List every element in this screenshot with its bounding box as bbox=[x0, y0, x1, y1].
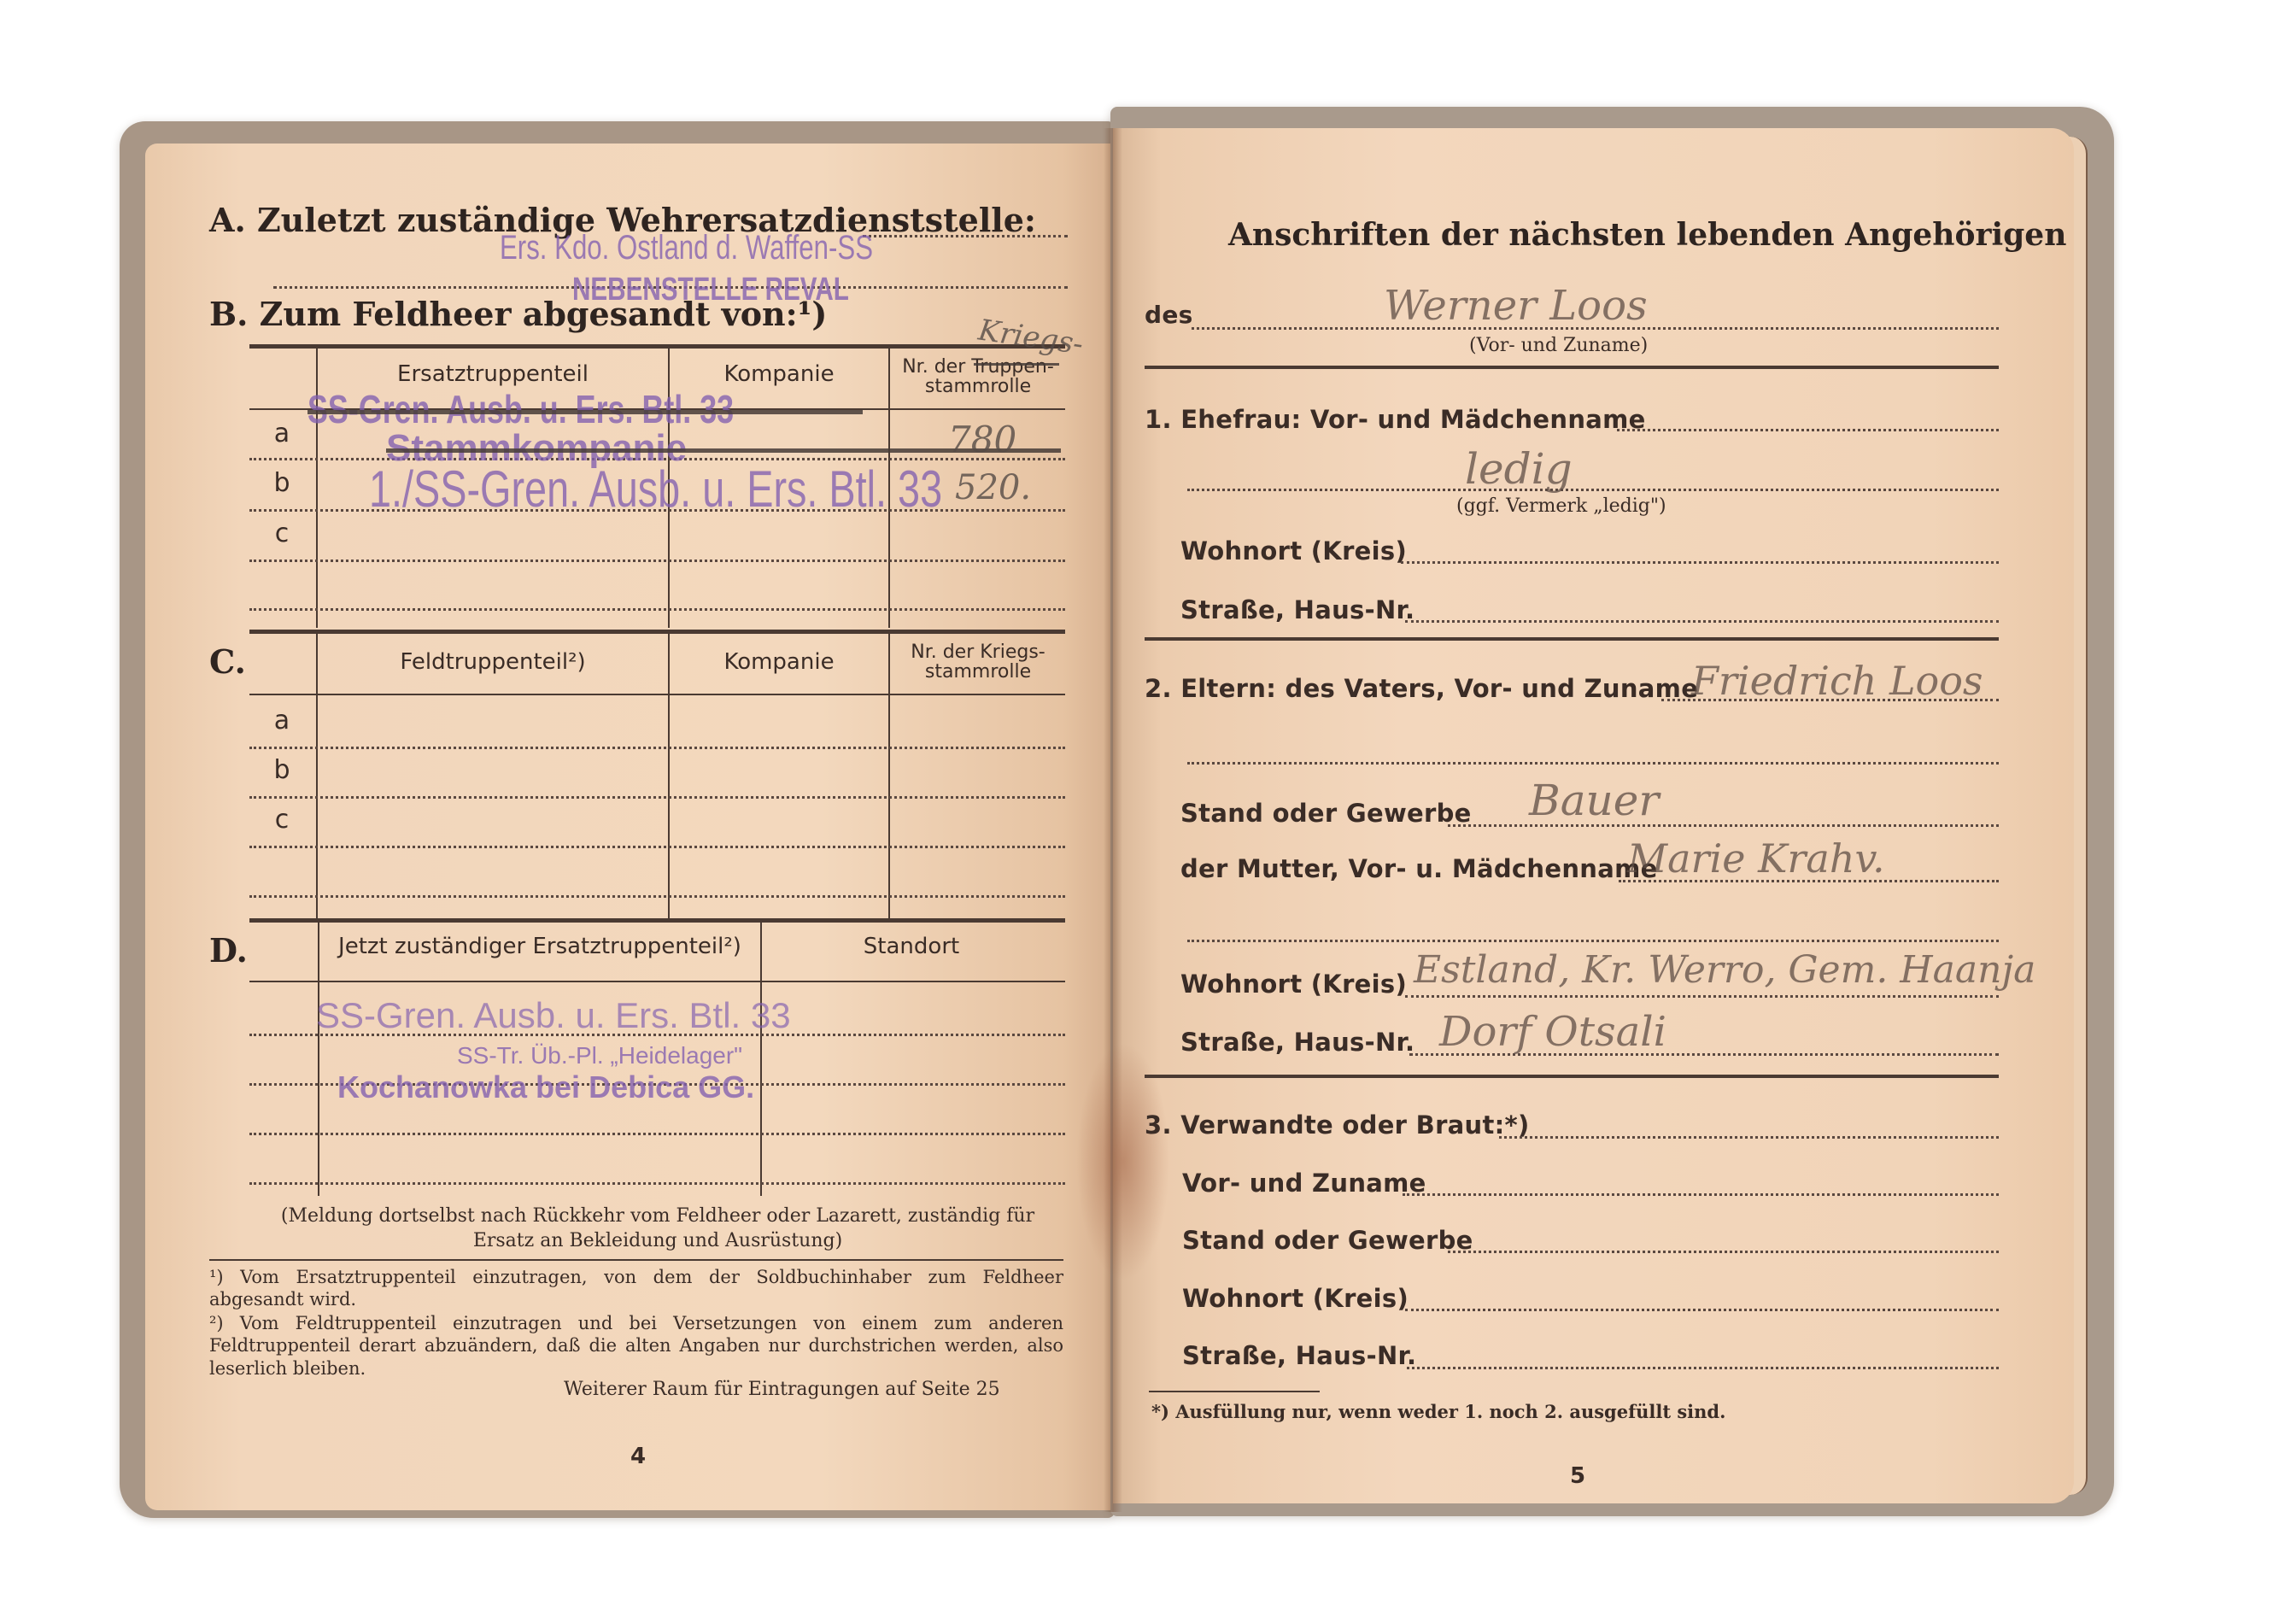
section-2-wohnort-value: Estland, Kr. Werro, Gem. Haanja bbox=[1414, 948, 2035, 992]
section-1-line-2 bbox=[1187, 489, 1999, 491]
footnote-rule bbox=[209, 1259, 1063, 1261]
section-a-dotline-1 bbox=[863, 235, 1068, 237]
section-d-header-rule bbox=[249, 981, 1065, 982]
strike-row-a-unit bbox=[307, 410, 863, 414]
section-d-label: D. bbox=[209, 931, 248, 970]
section-c-row-b-letter: b bbox=[256, 755, 307, 785]
section-1-wohnort-label: Wohnort (Kreis) bbox=[1180, 536, 1407, 565]
stamp-section-a-line1: Ers. Kdo. Ostland d. Waffen-SS bbox=[500, 229, 873, 267]
section-2-wohnort-label: Wohnort (Kreis) bbox=[1180, 970, 1407, 999]
stain bbox=[1076, 1042, 1170, 1281]
section-b-row-b-letter: b bbox=[256, 468, 307, 498]
des-hint: (Vor- und Zuname) bbox=[1469, 335, 1648, 356]
section-d-row-4-line bbox=[249, 1182, 1065, 1185]
footnote-1: ¹) Vom Ersatztruppenteil einzutragen, vo… bbox=[209, 1266, 1063, 1311]
footnote-2: ²) Vom Feldtruppenteil einzutragen und b… bbox=[209, 1312, 1063, 1380]
strike-truppen bbox=[974, 363, 1059, 366]
right-rule-3 bbox=[1145, 1075, 1999, 1078]
section-2-mother-label: der Mutter, Vor- u. Mädchenname bbox=[1180, 854, 1658, 883]
section-3-name-label: Vor- und Zuname bbox=[1182, 1169, 1426, 1198]
section-1-strasse-line bbox=[1405, 620, 1999, 623]
section-d-col-unit: Jetzt zuständiger Ersatztruppenteil²) bbox=[321, 935, 758, 958]
section-3-stand-line bbox=[1448, 1251, 1999, 1253]
row-b-number: 520. bbox=[955, 468, 1031, 507]
section-2-stand-label: Stand oder Gewerbe bbox=[1180, 799, 1472, 828]
section-2-line-2 bbox=[1187, 762, 1999, 765]
section-c-col-company: Kompanie bbox=[670, 651, 888, 674]
section-c-col-divider-3 bbox=[888, 634, 890, 920]
stamp-row-a-unit: SS-Gren. Ausb. u. Ers. Btl. 33 bbox=[307, 386, 734, 432]
right-rule-1 bbox=[1145, 366, 1999, 369]
stamp-section-d-line2: SS-Tr. Üb.-Pl. „Heidelager" bbox=[457, 1042, 742, 1069]
section-d-note: (Meldung dortselbst nach Rückkehr vom Fe… bbox=[252, 1204, 1063, 1253]
section-c-row-c-letter: c bbox=[256, 805, 307, 835]
section-c-row-c-line bbox=[249, 846, 1065, 848]
section-d-row-3-line bbox=[249, 1133, 1065, 1135]
section-b-row-c-letter: c bbox=[256, 519, 307, 548]
row-a-number: 780 bbox=[948, 419, 1016, 460]
section-3-wohnort-label: Wohnort (Kreis) bbox=[1182, 1284, 1409, 1313]
section-d-col-divider-1 bbox=[318, 923, 319, 1196]
section-c-col-unit: Feldtruppenteil²) bbox=[318, 651, 668, 674]
section-b-col-company: Kompanie bbox=[670, 363, 888, 386]
page-number-right: 5 bbox=[1570, 1463, 1585, 1489]
stamp-section-d-line3: Kochanowka bei Debica GG. bbox=[337, 1069, 754, 1105]
footnote-short-rule bbox=[1149, 1391, 1320, 1392]
section-c-row-d-line bbox=[249, 895, 1065, 898]
section-3-line bbox=[1499, 1136, 1999, 1139]
section-b-bottom-rule bbox=[249, 630, 1065, 634]
section-c-col-divider-2 bbox=[668, 634, 670, 920]
section-d-col-location: Standort bbox=[762, 935, 1061, 958]
section-1-hint: (ggf. Vermerk „ledig") bbox=[1456, 495, 1666, 517]
section-1-label: 1. Ehefrau: Vor- und Mädchenname bbox=[1145, 405, 1646, 434]
right-footnote: *) Ausfüllung nur, wenn weder 1. noch 2.… bbox=[1151, 1401, 1725, 1422]
section-b-col-unit: Ersatztruppenteil bbox=[318, 363, 668, 386]
section-3-strasse-label: Straße, Haus-Nr. bbox=[1182, 1341, 1416, 1370]
section-2-stand-value: Bauer bbox=[1529, 776, 1659, 825]
section-c-label: C. bbox=[209, 642, 246, 681]
section-1-strasse-label: Straße, Haus-Nr. bbox=[1180, 595, 1414, 624]
section-2-strasse-value: Dorf Otsali bbox=[1439, 1008, 1666, 1056]
section-3-stand-label: Stand oder Gewerbe bbox=[1182, 1226, 1473, 1255]
section-c-header-rule bbox=[249, 694, 1065, 695]
section-2-mother-value: Marie Krahv. bbox=[1627, 835, 1885, 882]
section-c-col-number: Nr. der Kriegs-stammrolle bbox=[893, 642, 1063, 682]
right-rule-2 bbox=[1145, 637, 1999, 641]
stamp-row-b-unit: 1./SS-Gren. Ausb. u. Ers. Btl. 33 bbox=[369, 460, 942, 519]
section-2-line-5 bbox=[1187, 940, 1999, 942]
section-b-label: B. Zum Feldheer abgesandt von:¹) bbox=[209, 295, 827, 333]
section-c-row-b-line bbox=[249, 796, 1065, 799]
section-b-row-a-letter: a bbox=[256, 419, 307, 448]
section-d-col-divider-2 bbox=[760, 923, 762, 1196]
section-3-name-line bbox=[1403, 1193, 1999, 1196]
right-page-title: Anschriften der nächsten lebenden Angehö… bbox=[1228, 217, 2066, 253]
des-label: des bbox=[1145, 301, 1193, 329]
section-3-wohnort-line bbox=[1405, 1309, 1999, 1311]
section-2-wohnort-line bbox=[1405, 995, 1999, 998]
section-b-row-d-line bbox=[249, 608, 1065, 611]
section-1-line-1 bbox=[1617, 429, 1999, 431]
section-1-value: ledig bbox=[1465, 444, 1573, 494]
section-c-col-divider-1 bbox=[316, 634, 318, 920]
section-2-strasse-label: Straße, Haus-Nr. bbox=[1180, 1028, 1414, 1057]
section-c-bottom-rule bbox=[249, 918, 1065, 923]
book-gutter bbox=[1104, 128, 1122, 1512]
continuation-note: Weiterer Raum für Eintragungen auf Seite… bbox=[564, 1379, 1000, 1400]
section-c-row-a-letter: a bbox=[256, 706, 307, 735]
section-b-top-rule bbox=[249, 344, 1065, 349]
stamp-section-d-line1: SS-Gren. Ausb. u. Ers. Btl. 33 bbox=[316, 995, 791, 1036]
section-1-wohnort-line bbox=[1401, 561, 1999, 564]
section-3-strasse-line bbox=[1407, 1367, 1999, 1369]
des-value: Werner Loos bbox=[1384, 282, 1648, 330]
page-number-left: 4 bbox=[630, 1444, 646, 1469]
section-3-label: 3. Verwandte oder Braut:*) bbox=[1145, 1110, 1530, 1140]
section-2-father-value: Friedrich Loos bbox=[1691, 658, 1983, 704]
section-c-row-a-line bbox=[249, 747, 1065, 749]
section-b-row-c-line bbox=[249, 560, 1065, 562]
section-2-label: 2. Eltern: des Vaters, Vor- und Zuname bbox=[1145, 674, 1698, 703]
